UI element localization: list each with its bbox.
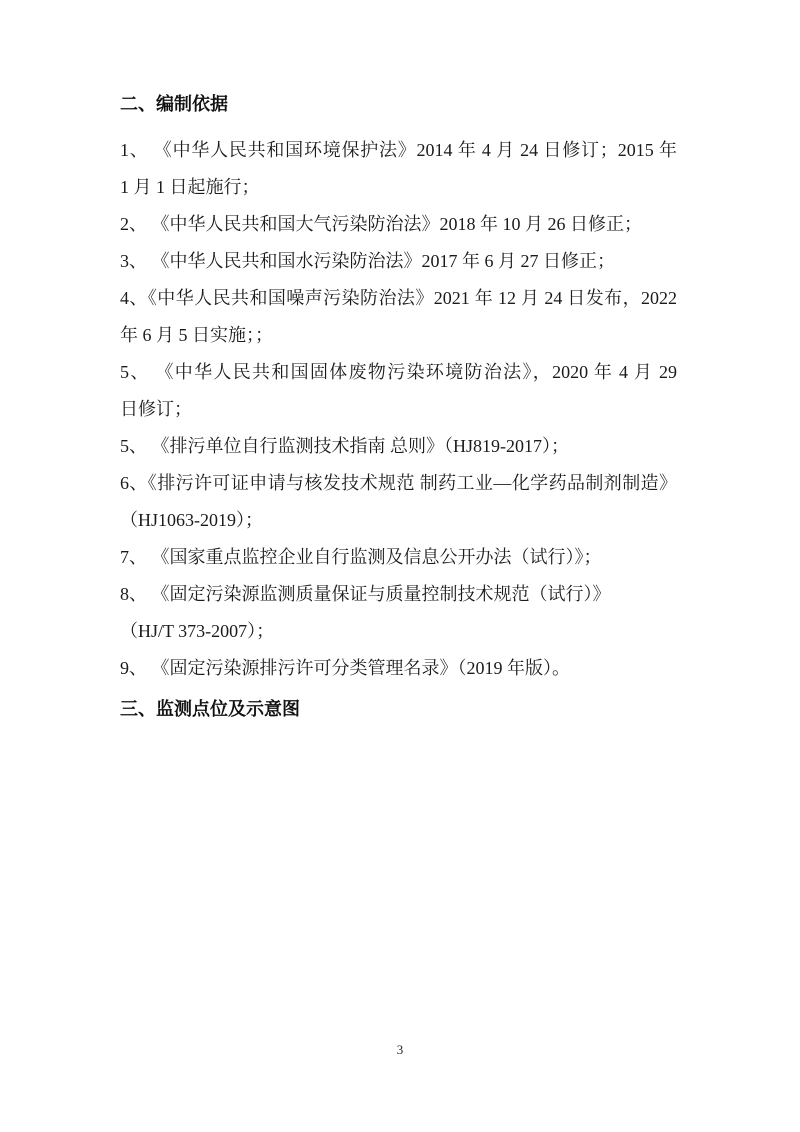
section-heading-basis: 二、编制依据 (120, 90, 677, 118)
document-line: 6、《排污许可证申请与核发技术规范 制药工业—化学药品制剂制造》 (120, 465, 677, 502)
document-line: （HJ/T 373-2007）； (120, 613, 677, 650)
document-line: 4、《中华人民共和国噪声污染防治法》2021 年 12 月 24 日发布，202… (120, 280, 677, 317)
document-line: 3、 《中华人民共和国水污染防治法》2017 年 6 月 27 日修正； (120, 243, 677, 280)
document-content: 二、编制依据 1、 《中华人民共和国环境保护法》2014 年 4 月 24 日修… (120, 90, 677, 723)
document-line: 1 月 1 日起施行； (120, 169, 677, 206)
document-line: 2、 《中华人民共和国大气污染防治法》2018 年 10 月 26 日修正； (120, 206, 677, 243)
document-page: 二、编制依据 1、 《中华人民共和国环境保护法》2014 年 4 月 24 日修… (0, 0, 800, 1132)
list-item: 9、 《固定污染源排污许可分类管理名录》（2019 年版）。 (120, 650, 677, 687)
document-line: 8、 《固定污染源监测质量保证与质量控制技术规范（试行）》 (120, 576, 677, 613)
list-item: 5、 《中华人民共和国固体废物污染环境防治法》，2020 年 4 月 29日修订… (120, 354, 677, 428)
list-item: 4、《中华人民共和国噪声污染防治法》2021 年 12 月 24 日发布，202… (120, 280, 677, 354)
document-line: 9、 《固定污染源排污许可分类管理名录》（2019 年版）。 (120, 650, 677, 687)
list-item: 7、 《国家重点监控企业自行监测及信息公开办法（试行）》； (120, 539, 677, 576)
list-item: 5、 《排污单位自行监测技术指南 总则》（HJ819-2017）； (120, 428, 677, 465)
list-item: 1、 《中华人民共和国环境保护法》2014 年 4 月 24 日修订；2015 … (120, 132, 677, 206)
list-item: 8、 《固定污染源监测质量保证与质量控制技术规范（试行）》（HJ/T 373-2… (120, 576, 677, 650)
document-line: 日修订； (120, 391, 677, 428)
page-number: 3 (0, 1041, 800, 1059)
document-line: 年 6 月 5 日实施；； (120, 317, 677, 354)
list-item: 2、 《中华人民共和国大气污染防治法》2018 年 10 月 26 日修正； (120, 206, 677, 243)
document-body: 1、 《中华人民共和国环境保护法》2014 年 4 月 24 日修订；2015 … (120, 132, 677, 687)
document-line: 1、 《中华人民共和国环境保护法》2014 年 4 月 24 日修订；2015 … (120, 132, 677, 169)
document-line: 5、 《中华人民共和国固体废物污染环境防治法》，2020 年 4 月 29 (120, 354, 677, 391)
document-line: 7、 《国家重点监控企业自行监测及信息公开办法（试行）》； (120, 539, 677, 576)
list-item: 3、 《中华人民共和国水污染防治法》2017 年 6 月 27 日修正； (120, 243, 677, 280)
list-item: 6、《排污许可证申请与核发技术规范 制药工业—化学药品制剂制造》（HJ1063-… (120, 465, 677, 539)
document-line: 5、 《排污单位自行监测技术指南 总则》（HJ819-2017）； (120, 428, 677, 465)
section-heading-monitoring-points: 三、监测点位及示意图 (120, 695, 677, 723)
document-line: （HJ1063-2019）； (120, 502, 677, 539)
